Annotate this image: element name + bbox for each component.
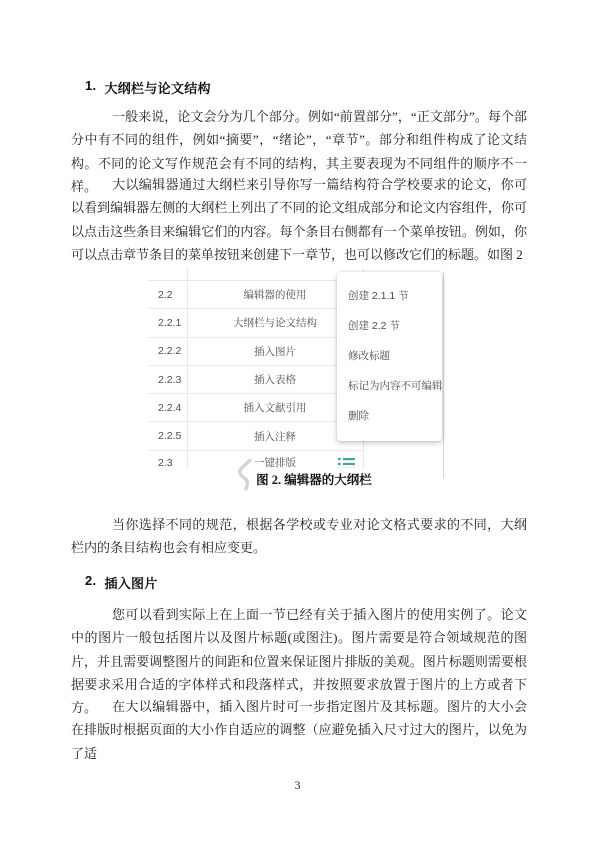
menu-item-mark-readonly: 标记为内容不可编辑: [337, 371, 442, 401]
row-number: 2.2.4: [148, 402, 187, 414]
section-1-number: 1.: [85, 78, 96, 97]
outline-row: 2.2.5 插入注释: [148, 422, 363, 450]
row-number: 2.2.5: [148, 430, 187, 442]
row-number: 2.2.2: [148, 345, 187, 357]
paragraph-5: 在大以编辑器中，插入图片时可一步指定图片及其标题。图片的大小会在排版时根据页面的…: [71, 695, 527, 765]
section-2-title: 插入图片: [104, 573, 157, 592]
section-1-title: 大纲栏与论文结构: [104, 78, 210, 97]
outline-row: 2.2.1 大纲栏与论文结构: [148, 309, 363, 337]
outline-row: 2.2.2 插入图片: [148, 338, 363, 366]
outline-row: 2.2.3 插入表格: [148, 366, 363, 394]
menu-item-rename: 修改标题: [337, 341, 442, 371]
row-number: 2.2.3: [148, 374, 187, 386]
outline-row: 2.2 编辑器的使用: [148, 281, 363, 309]
table-row-partial: [148, 268, 363, 281]
outline-row: 2.2.4 插入文献引用: [148, 394, 363, 422]
menu-item-delete: 删除: [337, 401, 442, 431]
embedded-screenshot-outline-table: 2.2 编辑器的使用 2.2.1 大纲栏与论文结构 2.2.2 插入图片 2.2…: [148, 268, 364, 468]
paragraph-2: 大以编辑器通过大纲栏来引导你写一篇结构符合学校要求的论文，你可以看到编辑器左侧的…: [71, 173, 527, 266]
row-title: 一键排版: [187, 455, 363, 468]
document-page: 1. 大纲栏与论文结构 一般来说，论文会分为几个部分。例如“前置部分”，“正文部…: [0, 0, 595, 842]
section-1-heading: 1. 大纲栏与论文结构: [85, 78, 211, 97]
figure-caption: 图 2. 编辑器的大纲栏: [148, 470, 480, 488]
screenshot-window-edge: [443, 272, 444, 478]
embedded-context-menu: 创建 2.1.1 节 创建 2.2 节 修改标题 标记为内容不可编辑 删除: [337, 272, 442, 441]
outline-row: 2.3 一键排版: [148, 451, 363, 468]
menu-item-create-subsection: 创建 2.1.1 节: [337, 281, 442, 311]
menu-item-create-section: 创建 2.2 节: [337, 311, 442, 341]
section-2-heading: 2. 插入图片: [85, 573, 158, 592]
section-2-number: 2.: [85, 573, 96, 592]
row-number: 2.2.1: [148, 317, 187, 329]
row-number: 2.3: [148, 457, 187, 468]
page-number: 3: [0, 778, 595, 793]
list-icon: [338, 457, 355, 468]
row-number: 2.2: [148, 289, 187, 301]
paragraph-3: 当你选择不同的规范，根据各学校或专业对论文格式要求的不同，大纲栏内的条目结构也会…: [71, 513, 527, 560]
